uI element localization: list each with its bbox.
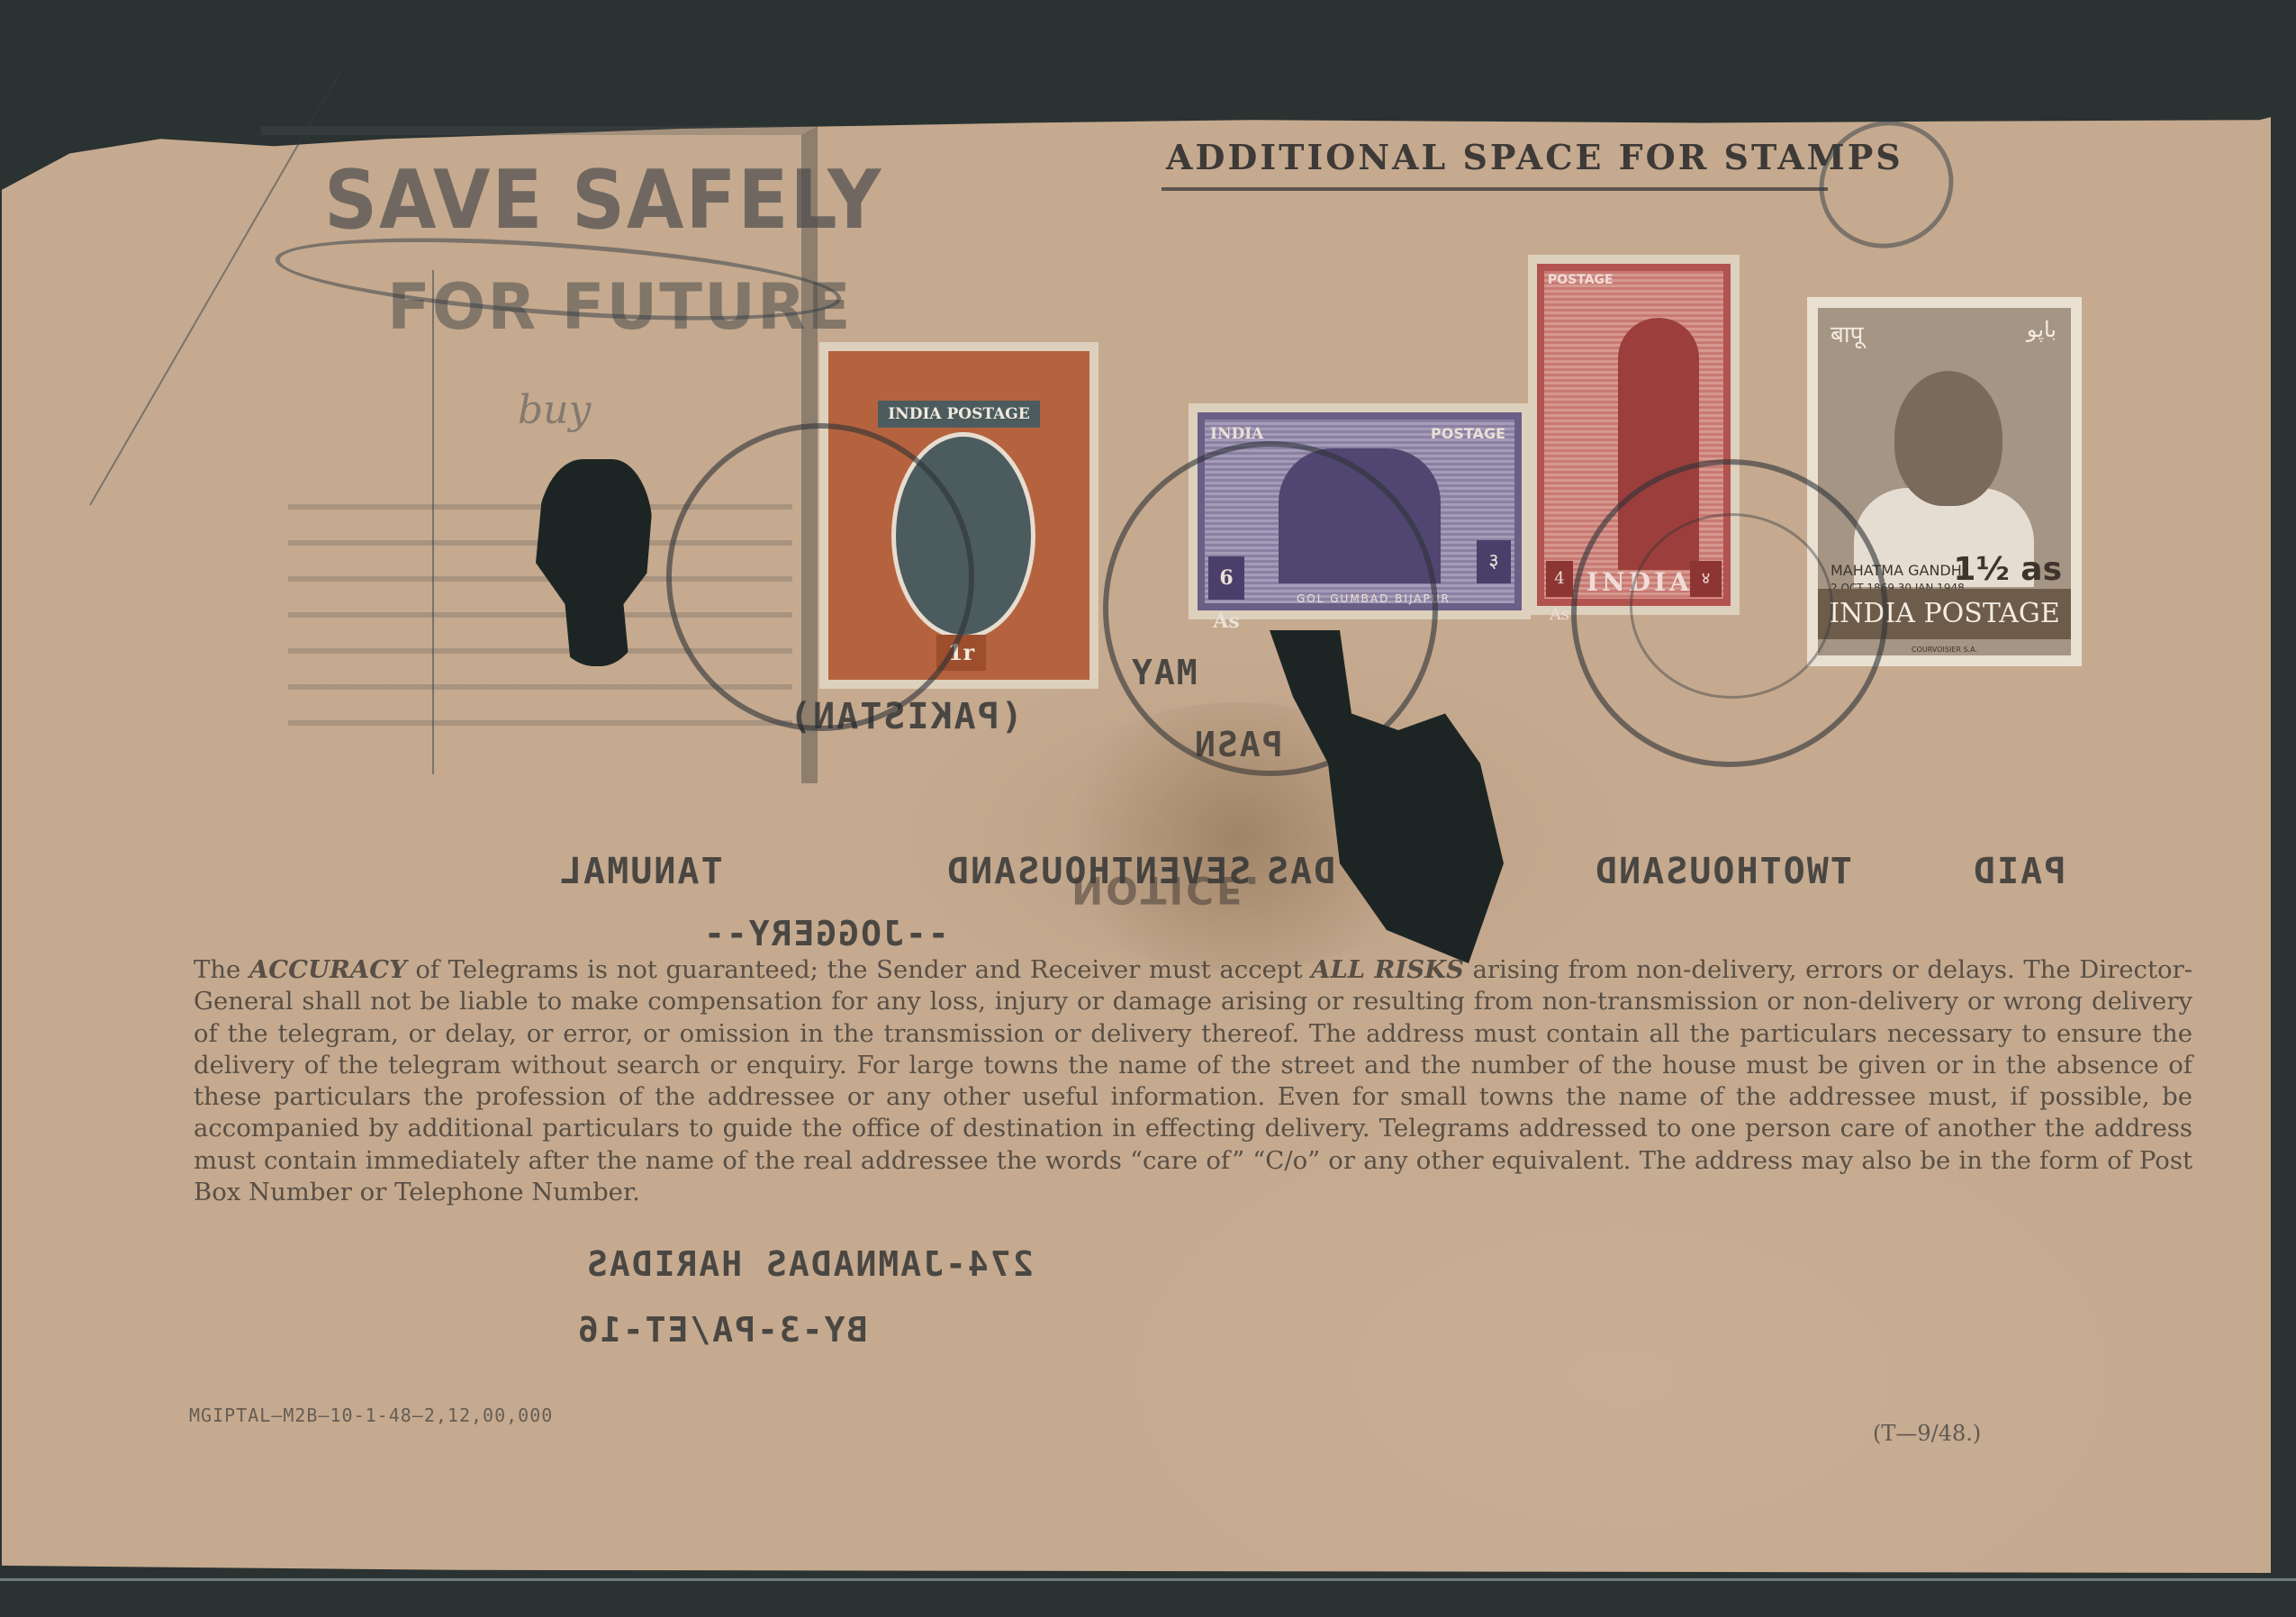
notice-emphasis-all-risks: ALL RISKS	[1311, 955, 1464, 984]
imprint-word-joggery: --JOGGERY--	[702, 914, 949, 953]
additional-stamps-header: ADDITIONAL SPACE FOR STAMPS	[1166, 137, 1903, 177]
notice-emphasis-accuracy: ACCURACY	[249, 955, 407, 984]
postmark-text-pakistan: (PAKISTAN)	[788, 696, 1023, 737]
stamp-label-right: POSTAGE	[1431, 425, 1505, 442]
imprint-word-paid: PAID	[1972, 851, 2065, 892]
imprint-address-line-2: BY-3-PA/ET-16	[576, 1310, 867, 1350]
form-number: (T—9/48.)	[1873, 1421, 1981, 1446]
postmark-circle-1	[666, 423, 974, 731]
scanner-edge-line	[0, 1578, 2296, 1581]
header-underline	[1162, 187, 1828, 191]
stamp-label-top: POSTAGE	[1548, 273, 1614, 287]
advertisement-line-3: buy	[518, 387, 591, 433]
stamp-urdu-label: باپو	[2027, 317, 2056, 342]
stamp-label-left: INDIA	[1210, 425, 1263, 443]
imprint-word-tanumal: TANUMAL	[558, 851, 723, 892]
gandhi-portrait-icon	[1894, 371, 2002, 506]
imprint-address-line: 274-JAMNADAS HARIDAS	[585, 1244, 1034, 1284]
stamp-value-right: ३	[1477, 540, 1511, 583]
notice-text: arising from non-delivery, errors or del…	[194, 955, 2192, 1206]
imprint-word-das: DAS	[1265, 851, 1335, 892]
notice-text: of Telegrams is not guaranteed; the Send…	[407, 955, 1311, 984]
postmark-inner-circle-3	[1630, 513, 1833, 699]
postmark-fragment-may: MAY	[1130, 653, 1198, 692]
printer-imprint: MGIPTAL—M2B—10-1-48—2,12,00,000	[189, 1405, 553, 1426]
notice-text: The	[194, 955, 249, 984]
imprint-word-twothousand: TWOTHOUSAND	[1594, 851, 1852, 892]
pencil-vertical-line	[432, 270, 434, 774]
stamp-label: INDIA POSTAGE	[878, 401, 1040, 428]
stamp-hindi-label: बापू	[1830, 317, 1863, 349]
advertisement-line-1: SAVE SAFELY	[324, 153, 882, 248]
notice-title: NOTICE.	[1071, 868, 1262, 912]
stamp-value: 1½ as	[1953, 551, 2062, 588]
stamp-value-left: 4 As	[1546, 561, 1573, 597]
notice-body: The ACCURACY of Telegrams is not guarant…	[194, 954, 2192, 1208]
